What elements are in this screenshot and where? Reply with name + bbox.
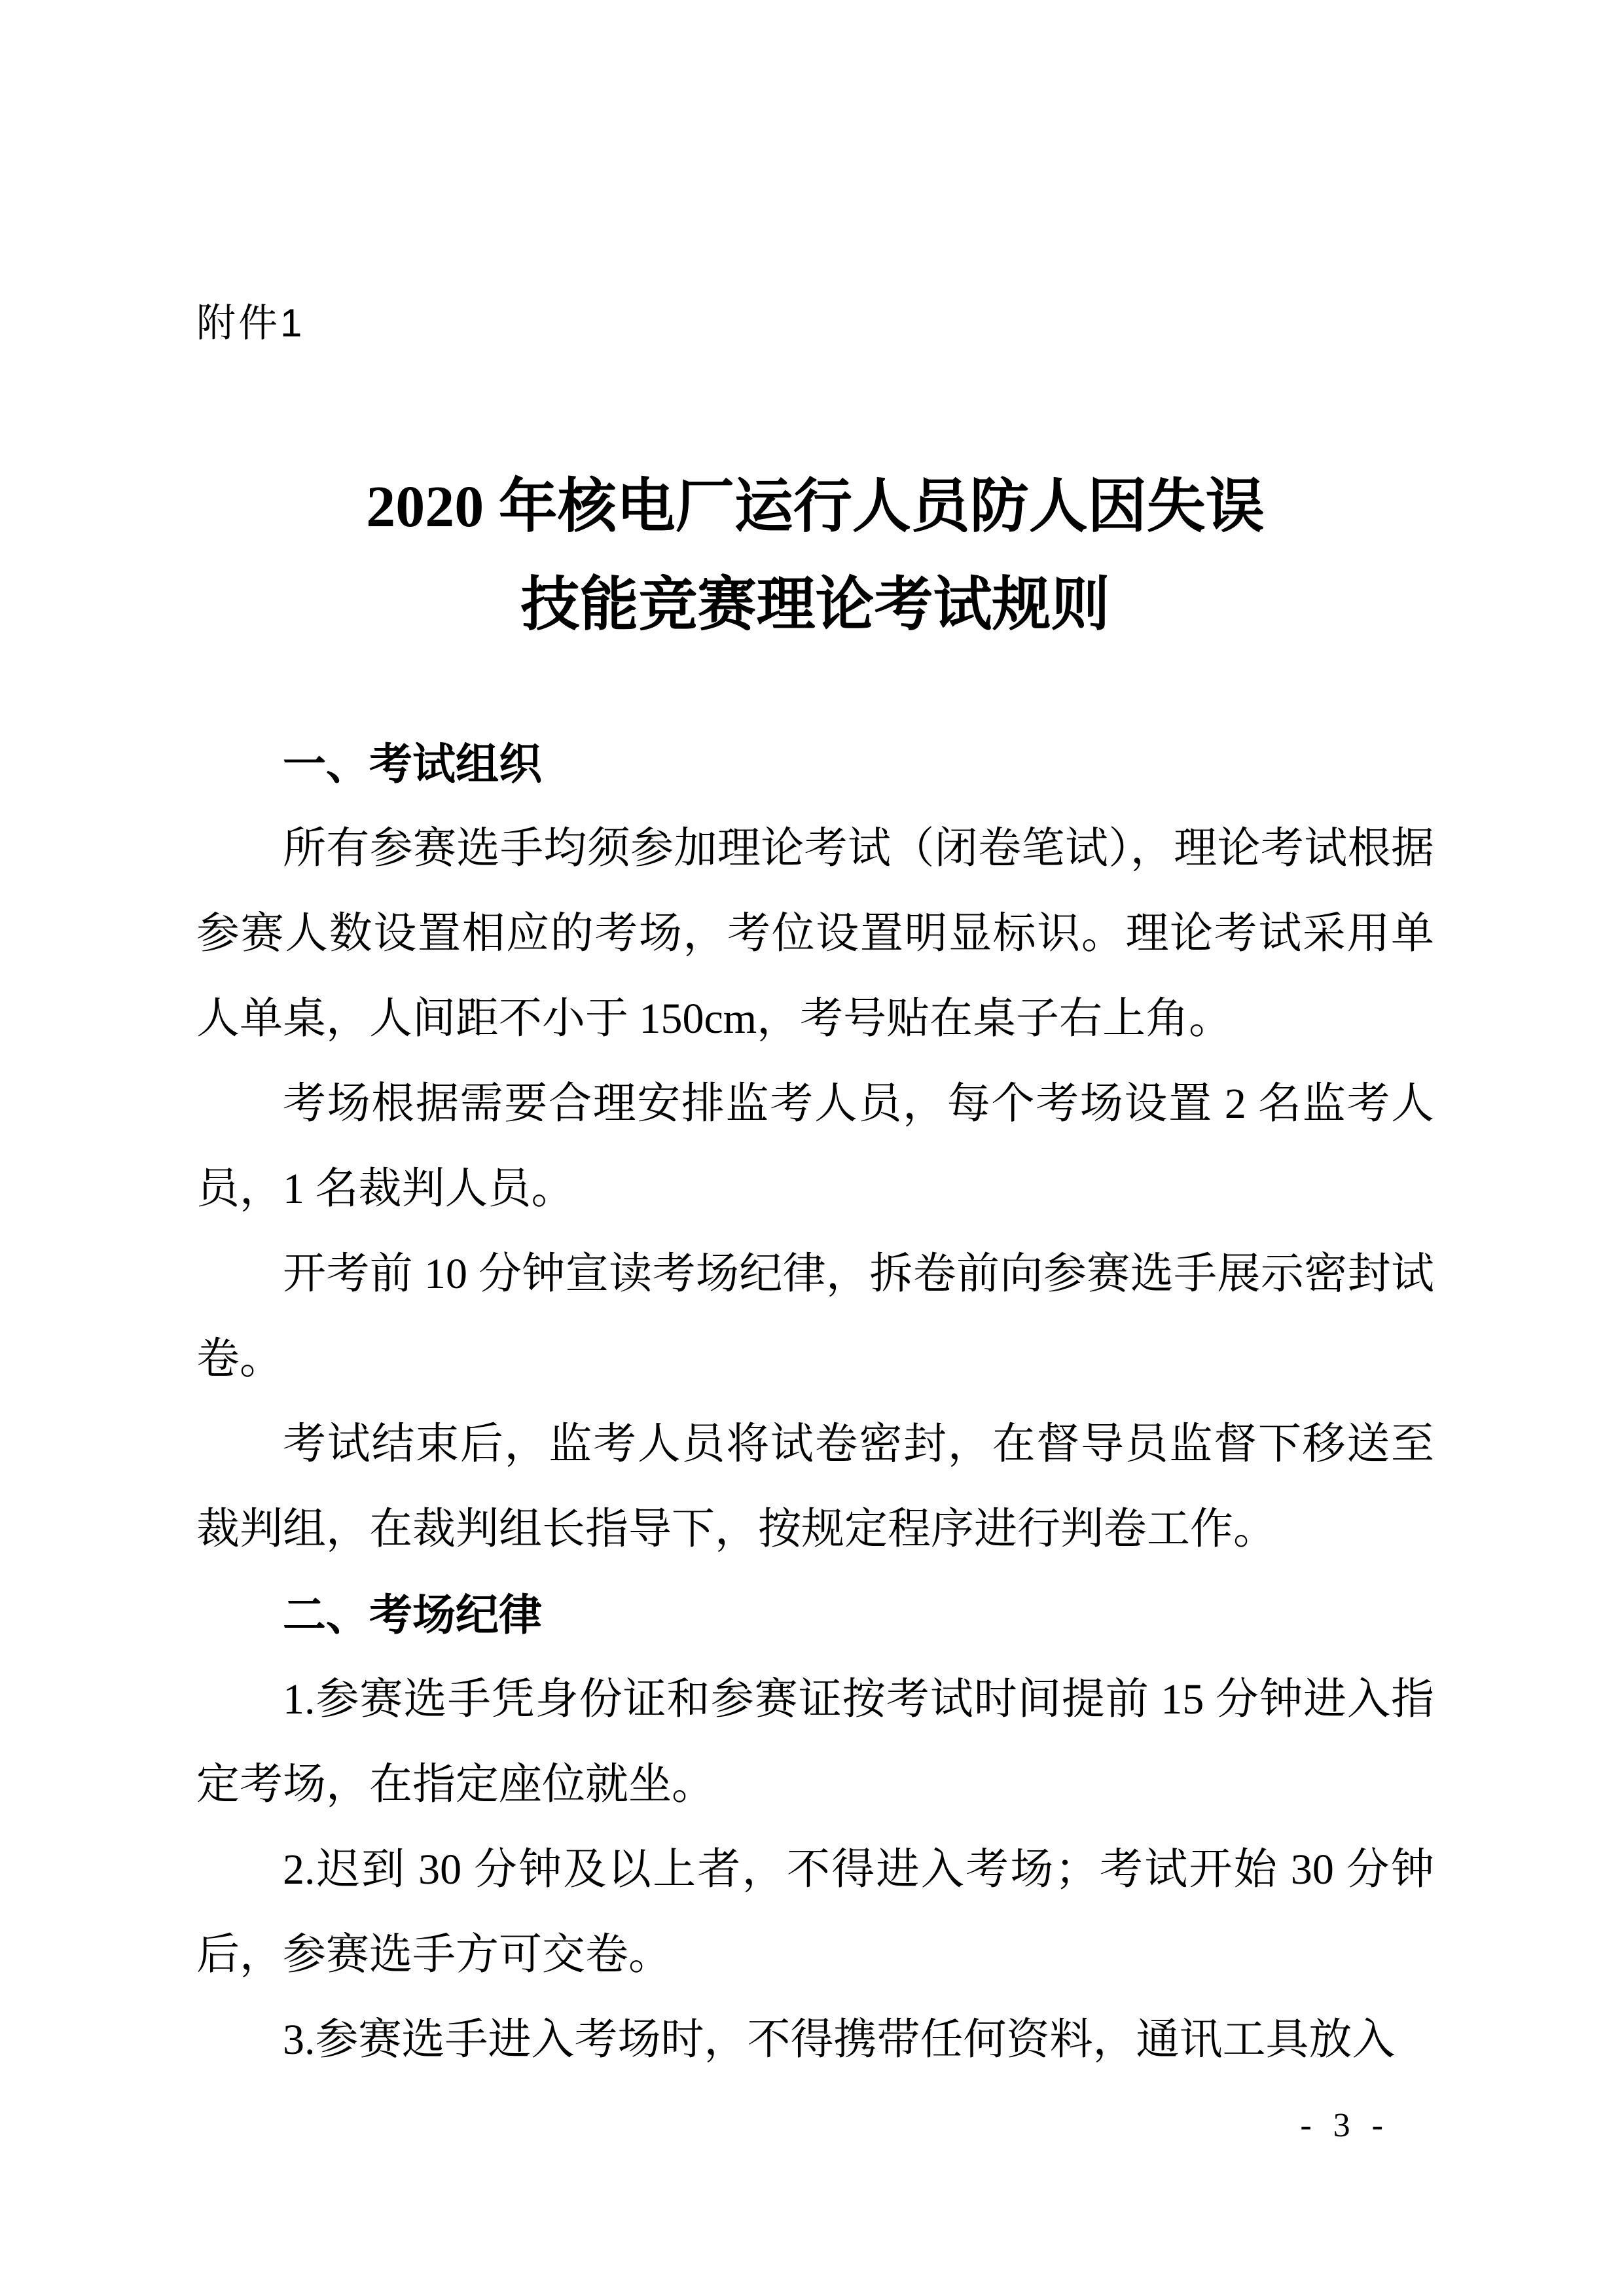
paragraph: 开考前 10 分钟宣读考场纪律，拆卷前向参赛选手展示密封试卷。 bbox=[196, 1232, 1434, 1402]
list-item-3: 3.参赛选手进入考场时，不得携带任何资料，通讯工具放入 bbox=[196, 1998, 1434, 2083]
paragraph: 考场根据需要合理安排监考人员，每个考场设置 2 名监考人员，1 名裁判人员。 bbox=[196, 1062, 1434, 1232]
section-exam-organization: 一、考试组织 所有参赛选手均须参加理论考试（闭卷笔试），理论考试根据参赛人数设置… bbox=[196, 721, 1434, 1572]
section-1-heading: 一、考试组织 bbox=[196, 721, 1434, 806]
section-exam-room-discipline: 二、考场纪律 1.参赛选手凭身份证和参赛证按考试时间提前 15 分钟进入指定考场… bbox=[196, 1572, 1434, 2083]
document-title: 2020 年核电厂运行人员防人因失误 技能竞赛理论考试规则 bbox=[196, 458, 1434, 655]
paragraph: 所有参赛选手均须参加理论考试（闭卷笔试），理论考试根据参赛人数设置相应的考场，考… bbox=[196, 806, 1434, 1062]
attachment-label: 附件1 bbox=[196, 300, 1434, 347]
list-item-1: 1.参赛选手凭身份证和参赛证按考试时间提前 15 分钟进入指定考场，在指定座位就… bbox=[196, 1657, 1434, 1827]
paragraph: 考试结束后，监考人员将试卷密封，在督导员监督下移送至裁判组，在裁判组长指导下，按… bbox=[196, 1402, 1434, 1572]
title-line-1: 2020 年核电厂运行人员防人因失误 bbox=[196, 458, 1434, 556]
title-line-2: 技能竞赛理论考试规则 bbox=[196, 556, 1434, 655]
document-page: 附件1 2020 年核电厂运行人员防人因失误 技能竞赛理论考试规则 一、考试组织… bbox=[0, 0, 1624, 2296]
section-2-heading: 二、考场纪律 bbox=[196, 1572, 1434, 1657]
page-number: - 3 - bbox=[1300, 2106, 1390, 2145]
list-item-2: 2.迟到 30 分钟及以上者，不得进入考场；考试开始 30 分钟后，参赛选手方可… bbox=[196, 1827, 1434, 1998]
document-body: 一、考试组织 所有参赛选手均须参加理论考试（闭卷笔试），理论考试根据参赛人数设置… bbox=[196, 721, 1434, 2083]
